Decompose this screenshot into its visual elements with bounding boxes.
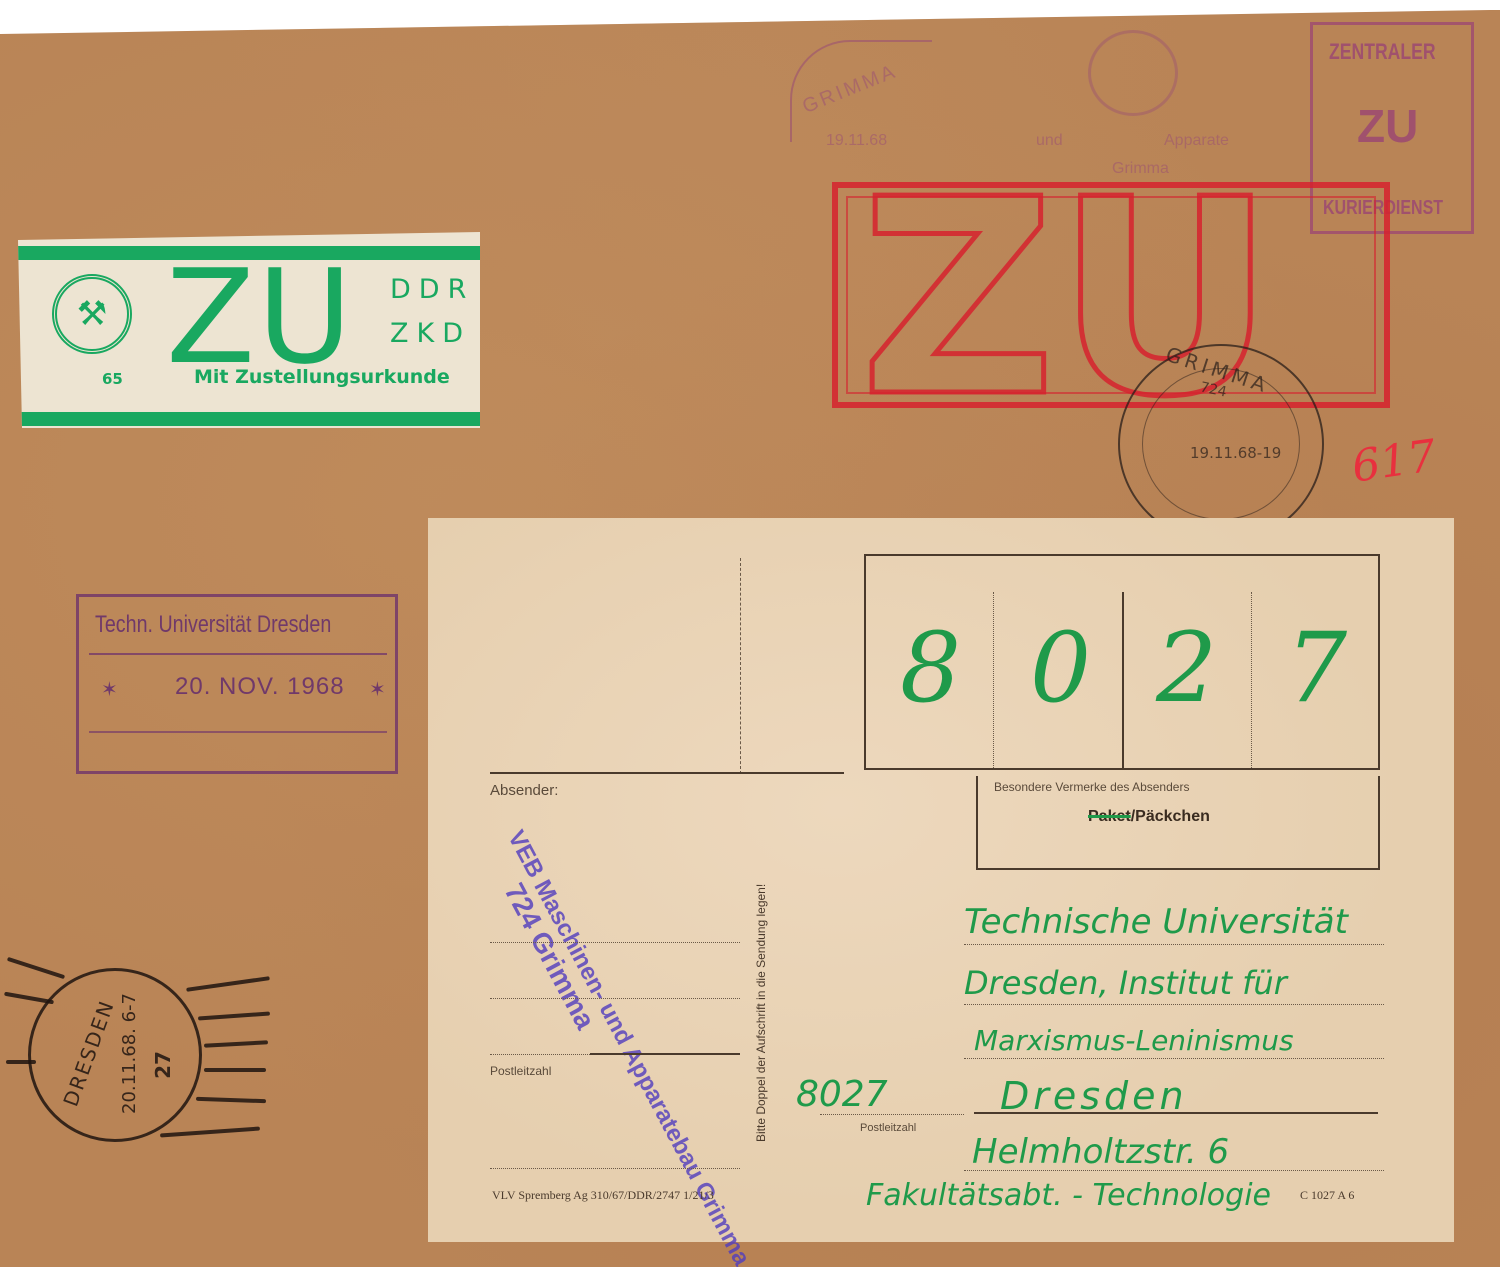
recipient-postal-code: 8027 [796,1074,888,1115]
label-caption: Mit Zustellungsurkunde [194,366,450,388]
recipient-line-1: Technische Universität [964,902,1348,942]
zu-delivery-label: ⚒ ZU DDR ZKD 65 Mit Zustellungsurkunde [18,232,480,428]
recipient-line-2: Dresden, Institut für [964,964,1287,1002]
plz-digit: 7 [1286,612,1347,724]
vertical-instruction: Bitte Doppel der Aufschrift in die Sendu… [754,884,768,1142]
cancel-wave-line [204,1068,266,1072]
courier-line-1: ZENTRALER [1329,39,1436,65]
recipient-city-line [974,1112,1378,1114]
label-service: ZKD [390,318,471,349]
courier-line-2: ZU [1357,99,1418,153]
recipient-line-3: Marxismus-Leninismus [974,1024,1294,1057]
card-divider [490,772,844,774]
paket-option: Paket [1088,808,1131,825]
sender-plz-line [590,1053,740,1055]
receipt-divider [89,653,387,655]
plz-digit: 8 [900,612,961,724]
parcel-card: 8 0 2 7 Besondere Vermerke des Absenders… [428,518,1454,1242]
recipient-line [964,1170,1384,1171]
label-code: ZU [166,252,354,382]
postmark-date: 20.11.68. 6-7 [119,993,140,1114]
recipient-line [964,1004,1384,1005]
recipient-faculty: Fakultätsabt. - Technologie [866,1178,1271,1213]
label-number: 65 [102,370,123,388]
special-notes-label: Besondere Vermerke des Absenders [994,780,1189,794]
star-icon: ✶ [101,677,118,702]
dresden-postmark: DRESDEN 20.11.68. 6-7 27 [28,968,202,1142]
recipient-plz-line [820,1114,964,1115]
receipt-date: 20. NOV. 1968 [175,673,345,701]
form-number: C 1027 A 6 [1300,1188,1354,1203]
plz-digit: 0 [1030,612,1091,724]
receipt-stamp: Techn. Universität Dresden ✶ 20. NOV. 19… [76,594,398,774]
receipt-divider [89,731,387,733]
paeckchen-option: /Päckchen [1131,808,1210,825]
recipient-street: Helmholtzstr. 6 [972,1132,1229,1172]
sender-line [490,998,740,999]
label-country: DDR [390,274,474,305]
plz-separator [1122,592,1124,768]
sender-plz-label: Postleitzahl [490,1064,551,1078]
sender-line [490,942,740,943]
printer-imprint: VLV Spremberg Ag 310/67/DDR/2747 1/21/3 [492,1188,714,1203]
special-notes-box: Besondere Vermerke des Absenders Paket/P… [976,776,1380,870]
plz-digit: 2 [1156,612,1217,724]
postal-code-box: 8 0 2 7 [864,554,1380,770]
parcel-type: Paket/Päckchen [1088,808,1210,826]
star-icon: ✶ [369,677,386,702]
postmark-district: 27 [151,1051,175,1079]
recipient-plz-label: Postleitzahl [860,1122,916,1134]
sender-line [490,1168,740,1169]
ddr-emblem-icon: ⚒ [52,274,132,354]
sender-label: Absender: [490,782,558,799]
receipt-institution: Techn. Universität Dresden [95,611,331,639]
grimma-postmark: GRIMMA 724 19.11.68-19 b [1118,344,1324,544]
postmark-date: 19.11.68-19 [1190,444,1281,462]
red-zu-stamp: ZU [832,182,1390,408]
plz-separator [1251,592,1252,768]
label-bottom-bar [18,412,480,426]
sender-line [490,1054,590,1055]
recipient-line [964,944,1384,945]
postmark-city: DRESDEN [58,996,119,1109]
plz-separator [993,592,994,768]
recipient-line [964,1058,1384,1059]
card-divider-dashed [740,558,741,774]
meter-emblem-icon [1088,30,1178,116]
